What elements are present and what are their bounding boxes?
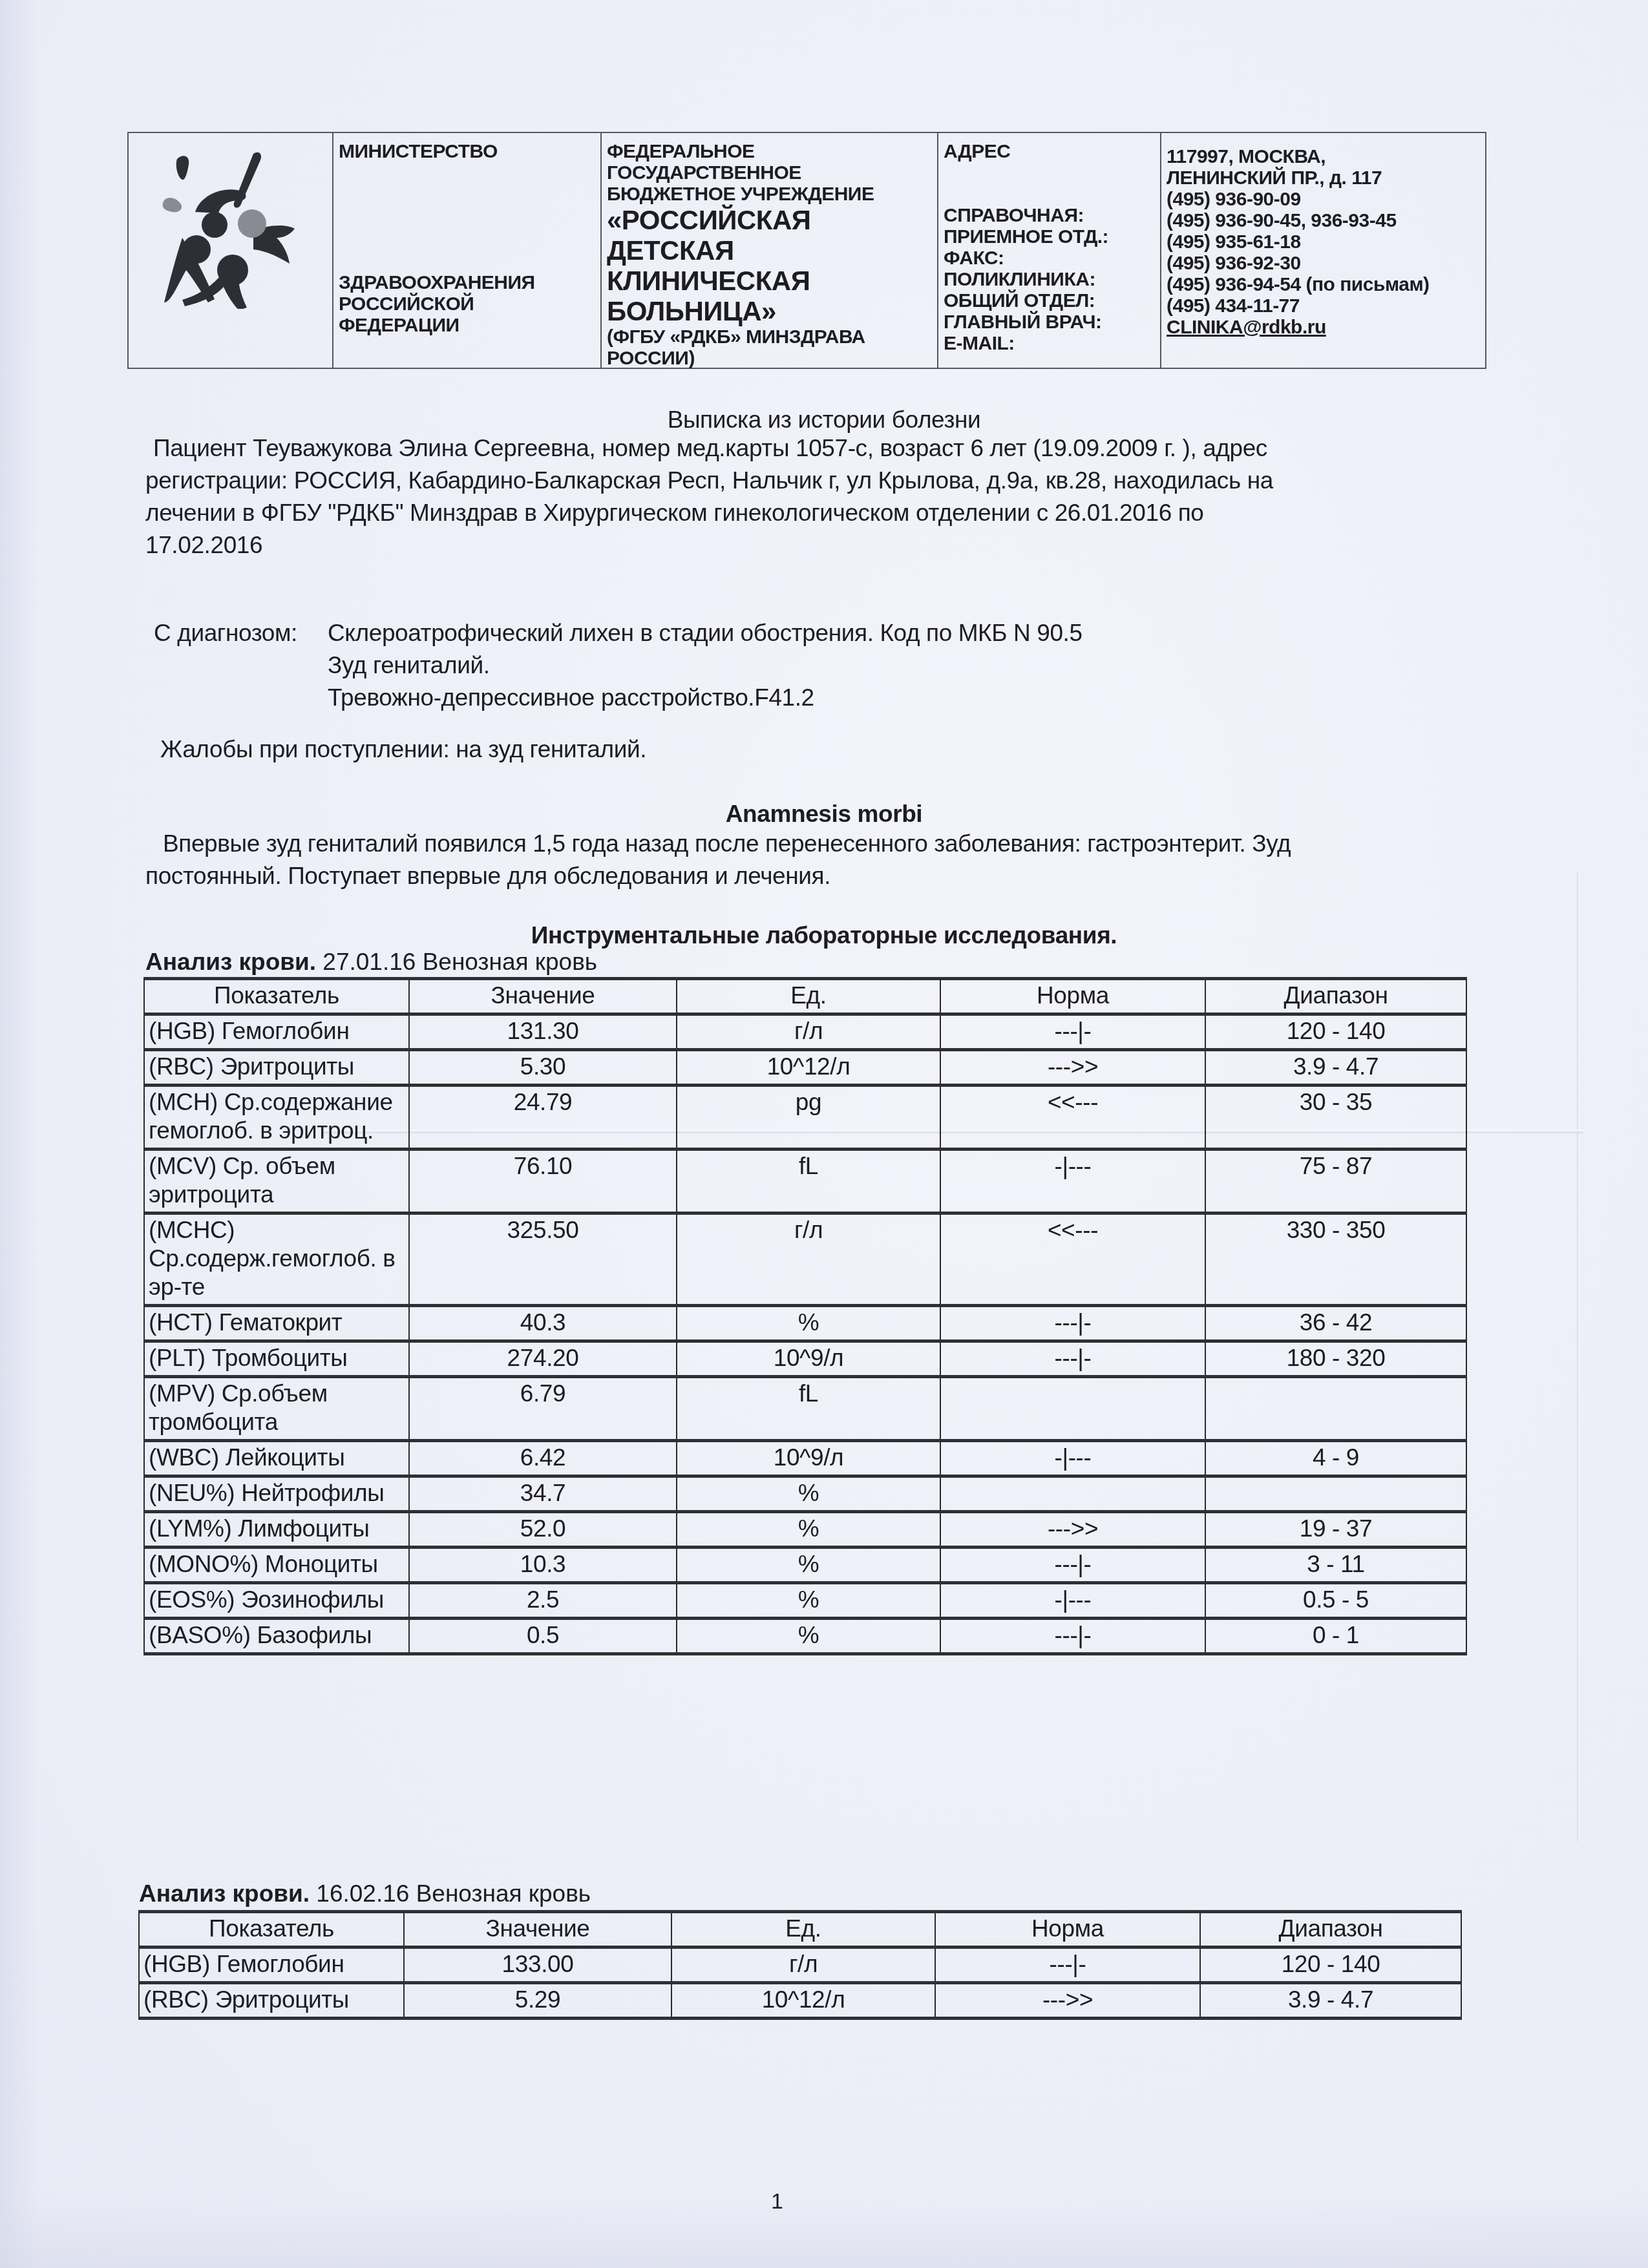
indicator-name: (RBC) Эритроциты bbox=[139, 1983, 404, 2019]
table-row: (LYM%) Лимфоциты52.0%--->>19 - 37 bbox=[144, 1512, 1466, 1548]
ministry-line: РОССИЙСКОЙ bbox=[339, 293, 595, 315]
institution-short-name: РОССИИ) bbox=[607, 348, 932, 369]
indicator-unit: 10^9/л bbox=[677, 1441, 940, 1476]
blood-test-table: ПоказательЗначениеЕд.НормаДиапазон (HGB)… bbox=[138, 1910, 1462, 2020]
reference-range: 330 - 350 bbox=[1205, 1213, 1466, 1306]
address-label: АДРЕС bbox=[944, 141, 1155, 162]
table-row: (HCT) Гематокрит40.3%---|-36 - 42 bbox=[144, 1306, 1466, 1341]
contact-labels-cell: АДРЕС СПРАВОЧНАЯ: ПРИЕМНОЕ ОТД.: ФАКС: П… bbox=[938, 133, 1161, 368]
patient-info-line: регистрации: РОССИЯ, Кабардино-Балкарска… bbox=[145, 467, 1273, 495]
reference-range: 3 - 11 bbox=[1205, 1548, 1466, 1583]
norm-marker: ---|- bbox=[940, 1341, 1205, 1377]
lab-title-date: 27.01.16 Венозная кровь bbox=[316, 949, 597, 975]
labs-section-title: Инструментальные лабораторные исследован… bbox=[0, 921, 1648, 950]
letterhead-table: МИНИСТЕРСТВО ЗДРАВООХРАНЕНИЯ РОССИЙСКОЙ … bbox=[127, 132, 1486, 369]
contact-label: ПРИЕМНОЕ ОТД.: bbox=[944, 226, 1155, 247]
indicator-unit: % bbox=[677, 1306, 940, 1341]
ministry-cell: МИНИСТЕРСТВО ЗДРАВООХРАНЕНИЯ РОССИЙСКОЙ … bbox=[333, 133, 602, 368]
indicator-value: 76.10 bbox=[409, 1150, 677, 1213]
indicator-value: 6.79 bbox=[409, 1377, 677, 1441]
indicator-value: 10.3 bbox=[409, 1548, 677, 1583]
lab-title: Анализ крови. 27.01.16 Венозная кровь bbox=[145, 949, 597, 976]
reference-range: 3.9 - 4.7 bbox=[1200, 1983, 1461, 2019]
indicator-value: 24.79 bbox=[409, 1086, 677, 1150]
reference-range: 0 - 1 bbox=[1205, 1619, 1466, 1654]
table-row: (MCHC) Ср.содерж.гемоглоб. в эр-те325.50… bbox=[144, 1213, 1466, 1306]
reference-range: 0.5 - 5 bbox=[1205, 1583, 1466, 1619]
contact-label: ПОЛИКЛИНИКА: bbox=[944, 269, 1155, 290]
indicator-value: 133.00 bbox=[404, 1948, 671, 1983]
norm-marker: <<--- bbox=[940, 1213, 1205, 1306]
norm-marker: <<--- bbox=[940, 1086, 1205, 1150]
indicator-unit: г/л bbox=[671, 1948, 935, 1983]
column-header: Диапазон bbox=[1200, 1912, 1461, 1948]
table-row: (RBC) Эритроциты5.2910^12/л--->>3.9 - 4.… bbox=[139, 1983, 1461, 2019]
document-title: Выписка из истории болезни bbox=[0, 406, 1648, 434]
reference-range: 120 - 140 bbox=[1200, 1948, 1461, 1983]
table-row: (PLT) Тромбоциты274.2010^9/л---|-180 - 3… bbox=[144, 1341, 1466, 1377]
address-value: ЛЕНИНСКИЙ ПР., д. 117 bbox=[1167, 167, 1480, 189]
indicator-name: (HGB) Гемоглобин bbox=[144, 1014, 409, 1050]
indicator-name: (LYM%) Лимфоциты bbox=[144, 1512, 409, 1548]
contact-value: (495) 936-90-09 bbox=[1167, 189, 1480, 210]
norm-marker: ---|- bbox=[940, 1548, 1205, 1583]
norm-marker: -|--- bbox=[940, 1441, 1205, 1476]
indicator-value: 52.0 bbox=[409, 1512, 677, 1548]
table-header-row: ПоказательЗначениеЕд.НормаДиапазон bbox=[144, 979, 1466, 1014]
norm-marker: ---|- bbox=[940, 1619, 1205, 1654]
table-row: (EOS%) Эозинофилы2.5%-|---0.5 - 5 bbox=[144, 1583, 1466, 1619]
lab-title: Анализ крови. 16.02.16 Венозная кровь bbox=[139, 1880, 591, 1907]
reference-range: 180 - 320 bbox=[1205, 1341, 1466, 1377]
contact-value: (495) 434-11-77 bbox=[1167, 295, 1480, 317]
indicator-unit: 10^12/л bbox=[671, 1983, 935, 2019]
institution-line: БЮДЖЕТНОЕ УЧРЕЖДЕНИЕ bbox=[607, 184, 932, 205]
indicator-name: (BASO%) Базофилы bbox=[144, 1619, 409, 1654]
lab-title-bold: Анализ крови. bbox=[145, 949, 316, 975]
indicator-value: 325.50 bbox=[409, 1213, 677, 1306]
children-figures-logo-icon bbox=[156, 141, 305, 309]
indicator-unit: % bbox=[677, 1476, 940, 1512]
contact-label: ОБЩИЙ ОТДЕЛ: bbox=[944, 290, 1155, 311]
contact-label: ФАКС: bbox=[944, 247, 1155, 269]
table-row: (MCH) Ср.содержание гемоглоб. в эритроц.… bbox=[144, 1086, 1466, 1150]
lab-title-date: 16.02.16 Венозная кровь bbox=[310, 1880, 591, 1907]
column-header: Показатель bbox=[144, 979, 409, 1014]
page-number: 1 bbox=[771, 2189, 783, 2214]
indicator-value: 2.5 bbox=[409, 1583, 677, 1619]
institution-name: БОЛЬНИЦА» bbox=[607, 296, 932, 326]
indicator-unit: fL bbox=[677, 1150, 940, 1213]
email-link[interactable]: CLINIKA@rdkb.ru bbox=[1167, 317, 1480, 338]
reference-range bbox=[1205, 1476, 1466, 1512]
table-row: (RBC) Эритроциты5.3010^12/л--->>3.9 - 4.… bbox=[144, 1050, 1466, 1086]
reference-range: 30 - 35 bbox=[1205, 1086, 1466, 1150]
diagnosis-item: Зуд гениталий. bbox=[328, 651, 490, 680]
indicator-value: 0.5 bbox=[409, 1619, 677, 1654]
column-header: Значение bbox=[409, 979, 677, 1014]
indicator-name: (NEU%) Нейтрофилы bbox=[144, 1476, 409, 1512]
contact-value: (495) 936-94-54 (по письмам) bbox=[1167, 274, 1480, 295]
norm-marker: -|--- bbox=[940, 1583, 1205, 1619]
diagnosis-item: Тревожно-депрессивное расстройство.F41.2 bbox=[328, 684, 814, 712]
norm-marker: --->> bbox=[940, 1512, 1205, 1548]
indicator-unit: % bbox=[677, 1548, 940, 1583]
indicator-name: (HGB) Гемоглобин bbox=[139, 1948, 404, 1983]
contact-label: СПРАВОЧНАЯ: bbox=[944, 205, 1155, 226]
anamnesis-text: Впервые зуд гениталий появился 1,5 года … bbox=[163, 830, 1291, 858]
indicator-unit: pg bbox=[677, 1086, 940, 1150]
table-row: (MCV) Ср. объем эритроцита76.10fL-|---75… bbox=[144, 1150, 1466, 1213]
norm-marker: ---|- bbox=[940, 1306, 1205, 1341]
table-row: (BASO%) Базофилы0.5%---|-0 - 1 bbox=[144, 1619, 1466, 1654]
column-header: Ед. bbox=[677, 979, 940, 1014]
patient-info-line: лечении в ФГБУ "РДКБ" Минздрав в Хирурги… bbox=[145, 499, 1204, 527]
contact-value: (495) 935-61-18 bbox=[1167, 231, 1480, 253]
reference-range: 75 - 87 bbox=[1205, 1150, 1466, 1213]
ministry-line: ЗДРАВООХРАНЕНИЯ bbox=[339, 272, 595, 293]
norm-marker bbox=[940, 1377, 1205, 1441]
institution-cell: ФЕДЕРАЛЬНОЕ ГОСУДАРСТВЕННОЕ БЮДЖЕТНОЕ УЧ… bbox=[602, 133, 938, 368]
paper-fold bbox=[1577, 872, 1579, 1842]
ministry-line: ФЕДЕРАЦИИ bbox=[339, 315, 595, 336]
address-value: 117997, МОСКВА, bbox=[1167, 146, 1480, 167]
reference-range: 19 - 37 bbox=[1205, 1512, 1466, 1548]
institution-line: ФЕДЕРАЛЬНОЕ bbox=[607, 141, 932, 162]
reference-range: 4 - 9 bbox=[1205, 1441, 1466, 1476]
indicator-unit: 10^9/л bbox=[677, 1341, 940, 1377]
contact-values-cell: 117997, МОСКВА, ЛЕНИНСКИЙ ПР., д. 117 (4… bbox=[1161, 133, 1485, 368]
indicator-name: (RBC) Эритроциты bbox=[144, 1050, 409, 1086]
indicator-name: (WBC) Лейкоциты bbox=[144, 1441, 409, 1476]
indicator-name: (MPV) Ср.объем тромбоцита bbox=[144, 1377, 409, 1441]
table-row: (MPV) Ср.объем тромбоцита6.79fL bbox=[144, 1377, 1466, 1441]
indicator-unit: fL bbox=[677, 1377, 940, 1441]
norm-marker: ---|- bbox=[935, 1948, 1200, 1983]
anamnesis-title: Anamnesis morbi bbox=[0, 800, 1648, 828]
column-header: Норма bbox=[935, 1912, 1200, 1948]
contact-value: (495) 936-92-30 bbox=[1167, 253, 1480, 274]
indicator-value: 131.30 bbox=[409, 1014, 677, 1050]
norm-marker: -|--- bbox=[940, 1150, 1205, 1213]
table-row: (HGB) Гемоглобин133.00г/л---|-120 - 140 bbox=[139, 1948, 1461, 1983]
table-row: (HGB) Гемоглобин131.30г/л---|-120 - 140 bbox=[144, 1014, 1466, 1050]
contact-value: (495) 936-90-45, 936-93-45 bbox=[1167, 210, 1480, 231]
institution-name: КЛИНИЧЕСКАЯ bbox=[607, 266, 932, 296]
patient-info-line: Пациент Теуважукова Элина Сергеевна, ном… bbox=[153, 434, 1267, 463]
reference-range bbox=[1205, 1377, 1466, 1441]
reference-range: 36 - 42 bbox=[1205, 1306, 1466, 1341]
diagnosis-label: С диагнозом: bbox=[154, 619, 297, 647]
column-header: Диапазон bbox=[1205, 979, 1466, 1014]
indicator-name: (MCV) Ср. объем эритроцита bbox=[144, 1150, 409, 1213]
indicator-value: 34.7 bbox=[409, 1476, 677, 1512]
indicator-value: 6.42 bbox=[409, 1441, 677, 1476]
indicator-value: 40.3 bbox=[409, 1306, 677, 1341]
indicator-name: (HCT) Гематокрит bbox=[144, 1306, 409, 1341]
indicator-unit: 10^12/л bbox=[677, 1050, 940, 1086]
indicator-unit: % bbox=[677, 1583, 940, 1619]
indicator-name: (MCH) Ср.содержание гемоглоб. в эритроц. bbox=[144, 1086, 409, 1150]
institution-name: ДЕТСКАЯ bbox=[607, 235, 932, 266]
table-row: (NEU%) Нейтрофилы34.7% bbox=[144, 1476, 1466, 1512]
indicator-name: (EOS%) Эозинофилы bbox=[144, 1583, 409, 1619]
norm-marker: --->> bbox=[935, 1983, 1200, 2019]
lab-title-bold: Анализ крови. bbox=[139, 1880, 310, 1907]
indicator-unit: г/л bbox=[677, 1014, 940, 1050]
anamnesis-text: постоянный. Поступает впервые для обслед… bbox=[145, 862, 830, 890]
contact-label: ГЛАВНЫЙ ВРАЧ: bbox=[944, 311, 1155, 333]
indicator-name: (MONO%) Моноциты bbox=[144, 1548, 409, 1583]
indicator-unit: % bbox=[677, 1619, 940, 1654]
table-header-row: ПоказательЗначениеЕд.НормаДиапазон bbox=[139, 1912, 1461, 1948]
column-header: Значение bbox=[404, 1912, 671, 1948]
institution-name: «РОССИЙСКАЯ bbox=[607, 205, 932, 235]
norm-marker: --->> bbox=[940, 1050, 1205, 1086]
norm-marker: ---|- bbox=[940, 1014, 1205, 1050]
diagnosis-item: Склероатрофический лихен в стадии обостр… bbox=[328, 619, 1083, 647]
ministry-line: МИНИСТЕРСТВО bbox=[339, 141, 595, 162]
reference-range: 3.9 - 4.7 bbox=[1205, 1050, 1466, 1086]
norm-marker bbox=[940, 1476, 1205, 1512]
logo-cell bbox=[129, 133, 333, 368]
indicator-value: 5.30 bbox=[409, 1050, 677, 1086]
table-row: (WBC) Лейкоциты6.4210^9/л-|---4 - 9 bbox=[144, 1441, 1466, 1476]
blood-test-table: ПоказательЗначениеЕд.НормаДиапазон (HGB)… bbox=[143, 977, 1467, 1655]
table-row: (MONO%) Моноциты10.3%---|-3 - 11 bbox=[144, 1548, 1466, 1583]
reference-range: 120 - 140 bbox=[1205, 1014, 1466, 1050]
complaints: Жалобы при поступлении: на зуд гениталий… bbox=[160, 735, 646, 764]
column-header: Норма bbox=[940, 979, 1205, 1014]
institution-short-name: (ФГБУ «РДКБ» МИНЗДРАВА bbox=[607, 326, 932, 348]
indicator-value: 5.29 bbox=[404, 1983, 671, 2019]
institution-line: ГОСУДАРСТВЕННОЕ bbox=[607, 162, 932, 184]
column-header: Ед. bbox=[671, 1912, 935, 1948]
patient-info-line: 17.02.2016 bbox=[145, 531, 262, 560]
indicator-value: 274.20 bbox=[409, 1341, 677, 1377]
column-header: Показатель bbox=[139, 1912, 404, 1948]
indicator-name: (PLT) Тромбоциты bbox=[144, 1341, 409, 1377]
indicator-name: (MCHC) Ср.содерж.гемоглоб. в эр-те bbox=[144, 1213, 409, 1306]
indicator-unit: % bbox=[677, 1512, 940, 1548]
contact-label: E-MAIL: bbox=[944, 333, 1155, 354]
indicator-unit: г/л bbox=[677, 1213, 940, 1306]
